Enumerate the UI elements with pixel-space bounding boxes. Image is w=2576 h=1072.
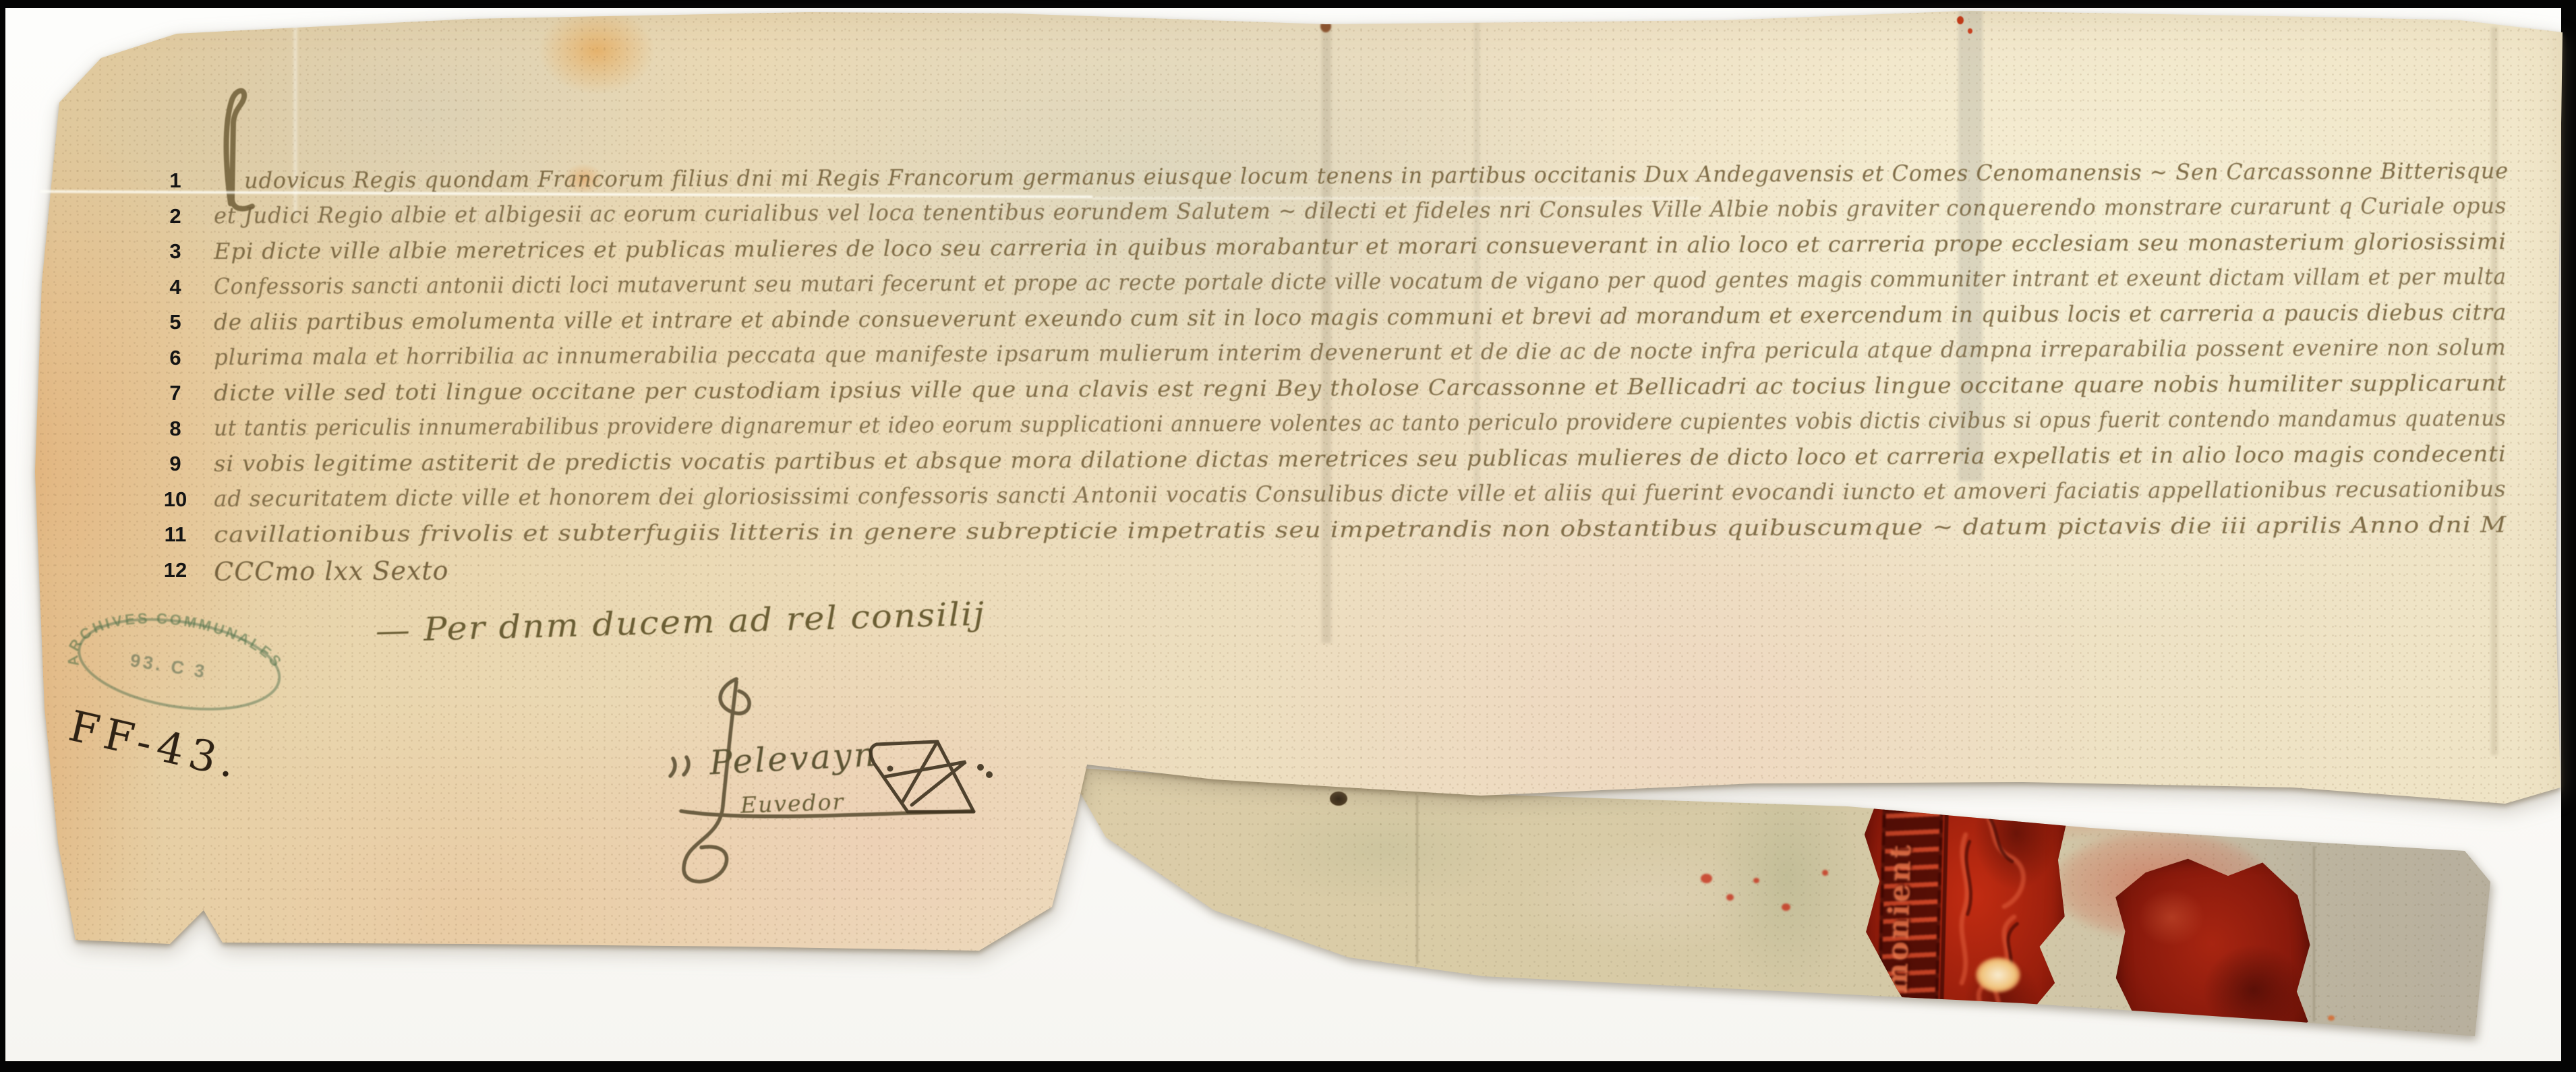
secretary-name: Euvedor: [740, 788, 845, 818]
manuscript-line-4: Confessoris sancti antonii dicti loci mu…: [214, 262, 2576, 299]
fold-crease-bright: [1092, 197, 1699, 200]
line-number-5: 5: [156, 310, 194, 334]
manuscript-line-9: si vobis legitime astiterit de predictis…: [214, 441, 2454, 477]
line-number-12: 12: [156, 558, 194, 583]
line-number-7: 7: [156, 381, 194, 405]
line-number-3: 3: [156, 239, 194, 264]
stamp-arc-text: ARCHIVES COMMUNALES: [61, 595, 291, 701]
manuscript-line-8: ut tantis periculis innumerabilibus prov…: [214, 404, 2576, 441]
line-number-4: 4: [156, 275, 194, 299]
notary-mark-icon: [865, 732, 1013, 823]
ink-layer: 1 2 3 4 5 6 7 8 9 10 11 12 udovicus Regi…: [0, 0, 2576, 1072]
manuscript-line-6: plurima mala et horribilia ac innumerabi…: [214, 334, 2561, 370]
line-number-1: 1: [156, 169, 194, 193]
line-number-6: 6: [156, 346, 194, 370]
manuscript-line-7: dicte ville sed toti lingue occitane per…: [214, 370, 2415, 406]
line-number-11: 11: [156, 523, 194, 547]
manuscript-line-1: udovicus Regis quondam Francorum filius …: [244, 157, 2576, 193]
manuscript-scan: remonient: [0, 0, 2576, 1072]
line-number-8: 8: [156, 417, 194, 441]
manuscript-line-10: ad securitatem dicte ville et honorem de…: [214, 475, 2560, 512]
svg-text:ARCHIVES COMMUNALES: ARCHIVES COMMUNALES: [61, 595, 291, 701]
line-number-10: 10: [156, 487, 194, 512]
manuscript-line-12: CCCmo lxx Sexto: [214, 556, 449, 587]
manuscript-line-11: cavillationibus frivolis et subterfugiis…: [214, 512, 2235, 547]
manuscript-line-5: de aliis partibus emolumenta ville et in…: [214, 299, 2544, 335]
chancery-note: — Per dnm ducem ad rel consilij: [375, 594, 1036, 650]
manuscript-line-3: Epi dicte ville albie meretrices et publ…: [214, 228, 2479, 264]
stamp-center-text: 93. C 3: [129, 650, 208, 682]
line-number-9: 9: [156, 452, 194, 476]
line-number-2: 2: [156, 204, 194, 229]
